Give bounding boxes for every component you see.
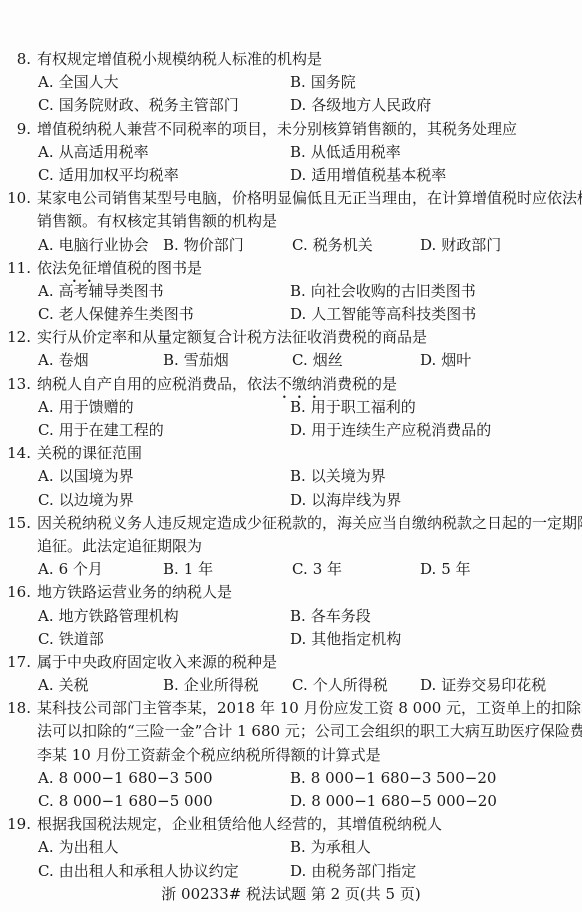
question-12: 12.实行从价定率和从量定额复合计税方法征收消费税的商品是A.卷烟B.雪茄烟C.… — [0, 326, 582, 372]
option-label: D. — [420, 560, 436, 578]
option-text: 以海岸线为界 — [311, 491, 401, 509]
option-label: B. — [290, 467, 306, 485]
question-stem-line: 18.某科技公司部门主管李某，2018 年 10 月份应发工资 8 000 元，… — [0, 697, 582, 720]
question-number: 11. — [0, 257, 31, 280]
question-10: 10.某家电公司销售某型号电脑，价格明显偏低且无正当理由，在计算增值税时应依法核… — [0, 187, 582, 257]
option-C: C.老人保健养生类图书 — [38, 303, 194, 326]
option-D: D.烟叶 — [420, 349, 471, 372]
stem-text: 有权规定增值税小规模纳税人标准的机构是 — [37, 50, 322, 68]
question-number: 10. — [0, 187, 31, 210]
option-D: D.适用增值税基本税率 — [290, 164, 446, 187]
option-label: B. — [290, 607, 306, 625]
option-row: A.地方铁路管理机构B.各车务段 — [0, 605, 582, 628]
option-label: A. — [38, 236, 54, 254]
option-text: 烟丝 — [313, 351, 343, 369]
option-D: D.用于连续生产应税消费品的 — [290, 419, 491, 442]
option-A: A.为出租人 — [38, 836, 119, 859]
question-number: 9. — [0, 118, 31, 141]
option-label: D. — [290, 630, 306, 648]
option-label: A. — [38, 398, 54, 416]
stem-text: 某科技公司部门主管李某，2018 年 10 月份应发工资 8 000 元，工资单… — [37, 699, 582, 717]
question-number: 8. — [0, 48, 31, 71]
option-label: C. — [38, 166, 54, 184]
option-label: A. — [38, 560, 54, 578]
option-row: A.以国境为界B.以关境为界 — [0, 465, 582, 488]
option-B: B.8 000−1 680−3 500−20 — [290, 767, 496, 790]
option-A: A.从高适用税率 — [38, 141, 149, 164]
option-label: C. — [38, 96, 54, 114]
option-B: B.各车务段 — [290, 605, 371, 628]
question-16: 16.地方铁路运营业务的纳税人是A.地方铁路管理机构B.各车务段C.铁道部D.其… — [0, 581, 582, 651]
option-text: 用于在建工程的 — [59, 421, 164, 439]
option-text: 用于馈赠的 — [59, 398, 134, 416]
option-text: 从高适用税率 — [59, 143, 149, 161]
option-text: 电脑行业协会 — [59, 236, 149, 254]
option-label: B. — [290, 143, 306, 161]
question-stem-line: 15.因关税纳税义务人违反规定造成少征税款的，海关应当自缴纳税款之日起的一定期限… — [0, 512, 582, 535]
question-17: 17.属于中央政府固定收入来源的税种是A.关税B.企业所得税C.个人所得税D.证… — [0, 651, 582, 697]
option-label: B. — [163, 351, 179, 369]
option-text: 为承租人 — [311, 838, 371, 856]
option-text: 国务院财政、税务主管部门 — [59, 96, 239, 114]
question-number: 19. — [0, 813, 31, 836]
question-11: 11.依法免征增值税的图书是A.高考辅导类图书B.向社会收购的古旧类图书C.老人… — [0, 257, 582, 327]
option-label: D. — [420, 236, 436, 254]
option-text: 其他指定机构 — [311, 630, 401, 648]
option-label: C. — [38, 305, 54, 323]
option-label: A. — [38, 467, 54, 485]
option-label: D. — [290, 792, 306, 810]
page-footer: 浙 00233# 税法试题 第 2 页(共 5 页) — [0, 883, 582, 906]
option-label: D. — [290, 862, 306, 880]
question-number: 15. — [0, 512, 31, 535]
option-text: 3 年 — [313, 560, 342, 578]
option-text: 6 个月 — [59, 560, 103, 578]
question-stem-line: 8.有权规定增值税小规模纳税人标准的机构是 — [0, 48, 582, 71]
option-text: 8 000−1 680−5 000−20 — [311, 792, 497, 810]
option-label: A. — [38, 676, 54, 694]
option-text: 关税 — [59, 676, 89, 694]
question-19: 19.根据我国税法规定，企业租赁给他人经营的，其增值税纳税人A.为出租人B.为承… — [0, 813, 582, 883]
option-label: D. — [420, 351, 436, 369]
option-B: B.向社会收购的古旧类图书 — [290, 280, 476, 303]
option-label: A. — [38, 351, 54, 369]
option-label: A. — [38, 838, 54, 856]
option-label: C. — [292, 560, 308, 578]
option-C: C.铁道部 — [38, 628, 104, 651]
option-text: 财政部门 — [441, 236, 501, 254]
option-text: 证券交易印花税 — [441, 676, 546, 694]
option-label: C. — [38, 792, 54, 810]
option-label: B. — [163, 676, 179, 694]
option-label: A. — [38, 282, 54, 300]
option-text: 全国人大 — [59, 73, 119, 91]
option-label: D. — [290, 166, 306, 184]
option-row: C.铁道部D.其他指定机构 — [0, 628, 582, 651]
question-9: 9.增值税纳税人兼营不同税率的项目，未分别核算销售额的，其税务处理应A.从高适用… — [0, 118, 582, 188]
option-label: C. — [38, 630, 54, 648]
question-stem-line: 19.根据我国税法规定，企业租赁给他人经营的，其增值税纳税人 — [0, 813, 582, 836]
question-stem-line: 17.属于中央政府固定收入来源的税种是 — [0, 651, 582, 674]
option-C: C.用于在建工程的 — [38, 419, 164, 442]
question-number: 14. — [0, 442, 31, 465]
option-label: B. — [290, 398, 306, 416]
option-text: 8 000−1 680−3 500−20 — [311, 769, 497, 787]
option-label: D. — [420, 676, 436, 694]
stem-text: 实行从价定率和从量定额复合计税方法征收消费税的商品是 — [37, 328, 427, 346]
option-label: C. — [38, 421, 54, 439]
option-text: 烟叶 — [441, 351, 471, 369]
option-label: B. — [290, 73, 306, 91]
option-row: C.以边境为界D.以海岸线为界 — [0, 489, 582, 512]
question-stem-line: 9.增值税纳税人兼营不同税率的项目，未分别核算销售额的，其税务处理应 — [0, 118, 582, 141]
option-text: 卷烟 — [59, 351, 89, 369]
option-label: D. — [290, 305, 306, 323]
question-13: 13.纳税人自产自用的应税消费品，依法不缴纳消费税的是A.用于馈赠的B.用于职工… — [0, 373, 582, 443]
option-label: D. — [290, 491, 306, 509]
option-text: 物价部门 — [184, 236, 244, 254]
question-stem-line: 法可以扣除的“三险一金”合计 1 680 元；公司工会组织的职工大病互助医疗保险… — [0, 720, 582, 743]
option-text: 雪茄烟 — [184, 351, 229, 369]
question-number: 12. — [0, 326, 31, 349]
stem-text: 地方铁路运营业务的纳税人是 — [37, 583, 232, 601]
option-row: A.电脑行业协会B.物价部门C.税务机关D.财政部门 — [0, 234, 582, 257]
option-text: 用于连续生产应税消费品的 — [311, 421, 491, 439]
question-stem-line: 追征。此法定追征期限为 — [0, 535, 582, 558]
option-text: 铁道部 — [59, 630, 104, 648]
stem-text: 根据我国税法规定，企业租赁给他人经营的，其增值税纳税人 — [37, 815, 442, 833]
option-A: A.全国人大 — [38, 71, 119, 94]
option-text: 以国境为界 — [59, 467, 134, 485]
option-C: C.适用加权平均税率 — [38, 164, 179, 187]
option-label: D. — [290, 96, 306, 114]
stem-emphasis-text: 不缴纳 — [277, 375, 322, 393]
question-stem-line: 16.地方铁路运营业务的纳税人是 — [0, 581, 582, 604]
option-A: A.用于馈赠的 — [38, 396, 134, 419]
stem-text: 纳税人自产自用的应税消费品，依法 — [37, 375, 277, 393]
option-row: C.国务院财政、税务主管部门D.各级地方人民政府 — [0, 94, 582, 117]
option-text: 税务机关 — [313, 236, 373, 254]
stem-text: 追征。此法定追征期限为 — [37, 537, 202, 555]
option-label: A. — [38, 143, 54, 161]
stem-text: 属于中央政府固定收入来源的税种是 — [37, 653, 277, 671]
stem-text: 销售额。有权核定其销售额的机构是 — [37, 212, 277, 230]
option-text: 适用增值税基本税率 — [311, 166, 446, 184]
option-D: D.证券交易印花税 — [420, 674, 546, 697]
option-B: B.物价部门 — [163, 234, 244, 257]
option-label: D. — [290, 421, 306, 439]
option-C: C.3 年 — [292, 558, 342, 581]
question-stem-line: 销售额。有权核定其销售额的机构是 — [0, 210, 582, 233]
option-label: C. — [292, 351, 308, 369]
option-text: 以关境为界 — [311, 467, 386, 485]
question-18: 18.某科技公司部门主管李某，2018 年 10 月份应发工资 8 000 元，… — [0, 697, 582, 813]
option-label: C. — [38, 862, 54, 880]
question-15: 15.因关税纳税义务人违反规定造成少征税款的，海关应当自缴纳税款之日起的一定期限… — [0, 512, 582, 582]
option-text: 向社会收购的古旧类图书 — [311, 282, 476, 300]
option-D: D.各级地方人民政府 — [290, 94, 431, 117]
stem-text: 关税的课征范围 — [37, 444, 142, 462]
option-C: C.烟丝 — [292, 349, 343, 372]
option-label: A. — [38, 607, 54, 625]
option-text: 个人所得税 — [313, 676, 388, 694]
option-text: 高考辅导类图书 — [59, 282, 164, 300]
option-row: C.用于在建工程的D.用于连续生产应税消费品的 — [0, 419, 582, 442]
option-C: C.由出租人和承租人协议约定 — [38, 860, 239, 883]
option-D: D.由税务部门指定 — [290, 860, 416, 883]
option-B: B.从低适用税率 — [290, 141, 401, 164]
stem-text: 增值税的图书是 — [97, 259, 202, 277]
stem-text: 某家电公司销售某型号电脑，价格明显偏低且无正当理由，在计算增值税时应依法核定其 — [37, 189, 582, 207]
option-text: 国务院 — [311, 73, 356, 91]
option-D: D.以海岸线为界 — [290, 489, 401, 512]
option-B: B.为承租人 — [290, 836, 371, 859]
option-label: B. — [290, 838, 306, 856]
option-label: B. — [163, 560, 179, 578]
option-A: A.关税 — [38, 674, 89, 697]
question-list: 8.有权规定增值税小规模纳税人标准的机构是A.全国人大B.国务院C.国务院财政、… — [0, 48, 582, 883]
option-text: 人工智能等高科技类图书 — [311, 305, 476, 323]
option-row: A.6 个月B.1 年C.3 年D.5 年 — [0, 558, 582, 581]
option-row: A.8 000−1 680−3 500B.8 000−1 680−3 500−2… — [0, 767, 582, 790]
option-row: A.为出租人B.为承租人 — [0, 836, 582, 859]
option-text: 企业所得税 — [184, 676, 259, 694]
option-text: 8 000−1 680−5 000 — [59, 792, 213, 810]
option-row: A.用于馈赠的B.用于职工福利的 — [0, 396, 582, 419]
option-row: A.高考辅导类图书B.向社会收购的古旧类图书 — [0, 280, 582, 303]
question-stem-line: 14.关税的课征范围 — [0, 442, 582, 465]
option-B: B.用于职工福利的 — [290, 396, 416, 419]
option-text: 用于职工福利的 — [311, 398, 416, 416]
option-label: B. — [290, 282, 306, 300]
stem-emphasis-text: 免征 — [67, 259, 97, 277]
question-8: 8.有权规定增值税小规模纳税人标准的机构是A.全国人大B.国务院C.国务院财政、… — [0, 48, 582, 118]
option-text: 各级地方人民政府 — [311, 96, 431, 114]
option-text: 由出租人和承租人协议约定 — [59, 862, 239, 880]
question-number: 18. — [0, 697, 31, 720]
option-text: 为出租人 — [59, 838, 119, 856]
option-row: A.全国人大B.国务院 — [0, 71, 582, 94]
option-C: C.税务机关 — [292, 234, 373, 257]
stem-text: 李某 10 月份工资薪金个税应纳税所得额的计算式是 — [37, 746, 381, 764]
option-label: C. — [38, 491, 54, 509]
option-D: D.5 年 — [420, 558, 471, 581]
option-D: D.其他指定机构 — [290, 628, 401, 651]
option-text: 各车务段 — [311, 607, 371, 625]
option-row: C.适用加权平均税率D.适用增值税基本税率 — [0, 164, 582, 187]
option-A: A.8 000−1 680−3 500 — [38, 767, 213, 790]
option-label: A. — [38, 73, 54, 91]
question-14: 14.关税的课征范围A.以国境为界B.以关境为界C.以边境为界D.以海岸线为界 — [0, 442, 582, 512]
option-row: C.8 000−1 680−5 000D.8 000−1 680−5 000−2… — [0, 790, 582, 813]
option-row: A.从高适用税率B.从低适用税率 — [0, 141, 582, 164]
stem-text: 依法 — [37, 259, 67, 277]
option-C: C.个人所得税 — [292, 674, 388, 697]
option-D: D.8 000−1 680−5 000−20 — [290, 790, 497, 813]
question-stem-line: 李某 10 月份工资薪金个税应纳税所得额的计算式是 — [0, 744, 582, 767]
option-text: 8 000−1 680−3 500 — [59, 769, 213, 787]
option-text: 从低适用税率 — [311, 143, 401, 161]
question-stem-line: 10.某家电公司销售某型号电脑，价格明显偏低且无正当理由，在计算增值税时应依法核… — [0, 187, 582, 210]
option-A: A.6 个月 — [38, 558, 103, 581]
option-text: 以边境为界 — [59, 491, 134, 509]
option-C: C.以边境为界 — [38, 489, 134, 512]
option-B: B.以关境为界 — [290, 465, 386, 488]
option-B: B.雪茄烟 — [163, 349, 229, 372]
option-label: A. — [38, 769, 54, 787]
question-stem-line: 11.依法免征增值税的图书是 — [0, 257, 582, 280]
question-stem-line: 13.纳税人自产自用的应税消费品，依法不缴纳消费税的是 — [0, 373, 582, 396]
option-row: C.由出租人和承租人协议约定D.由税务部门指定 — [0, 860, 582, 883]
option-text: 适用加权平均税率 — [59, 166, 179, 184]
stem-text: 增值税纳税人兼营不同税率的项目，未分别核算销售额的，其税务处理应 — [37, 120, 517, 138]
exam-page: 8.有权规定增值税小规模纳税人标准的机构是A.全国人大B.国务院C.国务院财政、… — [0, 0, 582, 912]
stem-text: 因关税纳税义务人违反规定造成少征税款的，海关应当自缴纳税款之日起的一定期限内 — [37, 514, 582, 532]
question-number: 17. — [0, 651, 31, 674]
option-A: A.地方铁路管理机构 — [38, 605, 179, 628]
option-row: A.关税B.企业所得税C.个人所得税D.证券交易印花税 — [0, 674, 582, 697]
option-D: D.财政部门 — [420, 234, 501, 257]
option-row: C.老人保健养生类图书D.人工智能等高科技类图书 — [0, 303, 582, 326]
question-stem-line: 12.实行从价定率和从量定额复合计税方法征收消费税的商品是 — [0, 326, 582, 349]
stem-text: 消费税的是 — [322, 375, 397, 393]
option-label: C. — [292, 236, 308, 254]
option-B: B.国务院 — [290, 71, 356, 94]
option-C: C.国务院财政、税务主管部门 — [38, 94, 239, 117]
option-C: C.8 000−1 680−5 000 — [38, 790, 213, 813]
option-label: B. — [163, 236, 179, 254]
option-label: B. — [290, 769, 306, 787]
option-text: 5 年 — [441, 560, 470, 578]
option-A: A.卷烟 — [38, 349, 89, 372]
option-A: A.以国境为界 — [38, 465, 134, 488]
option-B: B.企业所得税 — [163, 674, 259, 697]
question-number: 13. — [0, 373, 31, 396]
option-label: C. — [292, 676, 308, 694]
option-text: 老人保健养生类图书 — [59, 305, 194, 323]
option-text: 地方铁路管理机构 — [59, 607, 179, 625]
option-text: 1 年 — [184, 560, 213, 578]
option-text: 由税务部门指定 — [311, 862, 416, 880]
option-row: A.卷烟B.雪茄烟C.烟丝D.烟叶 — [0, 349, 582, 372]
stem-text: 法可以扣除的“三险一金”合计 1 680 元；公司工会组织的职工大病互助医疗保险… — [37, 722, 582, 740]
option-D: D.人工智能等高科技类图书 — [290, 303, 476, 326]
option-B: B.1 年 — [163, 558, 213, 581]
question-number: 16. — [0, 581, 31, 604]
option-A: A.高考辅导类图书 — [38, 280, 164, 303]
option-A: A.电脑行业协会 — [38, 234, 149, 257]
